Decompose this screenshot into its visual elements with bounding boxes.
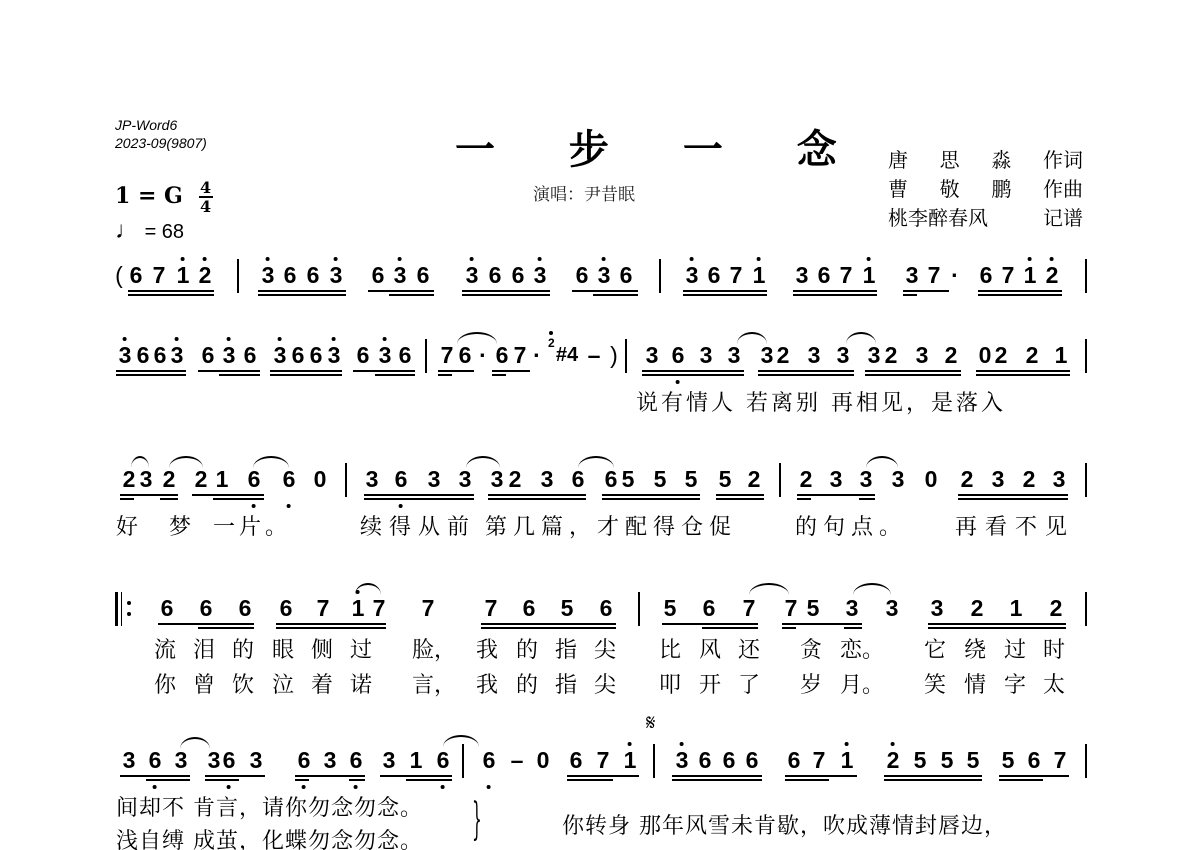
- note: 6: [372, 262, 385, 288]
- note: 6: [202, 342, 215, 368]
- credit-char: 唐: [888, 146, 908, 175]
- note: 3: [466, 262, 479, 288]
- credit-char: 敬: [940, 175, 960, 204]
- tie: [853, 583, 891, 595]
- lyrics-line: 的句点。: [795, 510, 907, 541]
- lyric-char: 过: [1004, 633, 1026, 664]
- note: 1: [177, 262, 190, 288]
- note: 6: [489, 262, 502, 288]
- note: 7: [441, 342, 454, 368]
- note: 3: [262, 262, 275, 288]
- note: 1: [624, 747, 637, 773]
- lyrics-verse-2: 浅自缚 成茧，化蝶勿念勿念。: [116, 824, 423, 850]
- version-label: 2023-09(9807): [115, 135, 207, 152]
- note: 7: [1002, 262, 1015, 288]
- lyric-char: 过: [350, 633, 372, 664]
- barline: [653, 744, 655, 778]
- credit-role: 作曲: [1043, 175, 1083, 204]
- dot: ·: [951, 262, 959, 288]
- note: 6: [161, 595, 174, 621]
- note: 6: [137, 342, 150, 368]
- lyric-char: 了: [738, 668, 760, 699]
- note: 0: [314, 466, 327, 492]
- note: 3: [208, 747, 221, 773]
- note: 3: [250, 747, 263, 773]
- segno-icon: 𝄋: [646, 711, 655, 736]
- note: 7: [422, 595, 435, 621]
- credit-role: 作词: [1043, 146, 1083, 175]
- note: 6: [703, 595, 716, 621]
- note: 2: [995, 342, 1008, 368]
- note: 6: [723, 747, 736, 773]
- note: 2: [195, 466, 208, 492]
- note: 3: [906, 262, 919, 288]
- key-signature: 1 = G 4 4: [115, 180, 213, 214]
- note: 3: [837, 342, 850, 368]
- note: 6: [523, 595, 536, 621]
- note: 2: [199, 262, 212, 288]
- lyric-char: 眼: [272, 633, 294, 664]
- note: 6: [244, 342, 257, 368]
- lyric-char: 贪: [800, 633, 822, 664]
- dot: ·: [533, 342, 541, 368]
- repeat-start-thick: [115, 592, 118, 626]
- note: 3: [598, 262, 611, 288]
- note: 6: [818, 262, 831, 288]
- lyric-char: 恋。: [840, 633, 884, 664]
- song-title: 一 步 一 念: [455, 118, 867, 175]
- lyric-char: 尖: [594, 633, 616, 664]
- note: 7: [730, 262, 743, 288]
- note: 3: [534, 262, 547, 288]
- note: 2: [777, 342, 790, 368]
- note: 3: [428, 466, 441, 492]
- note: 3: [646, 342, 659, 368]
- note: 3: [366, 466, 379, 492]
- note: 3: [676, 747, 689, 773]
- note: 2: [509, 466, 522, 492]
- barline: [625, 339, 627, 373]
- lyric-char: 诺: [350, 668, 372, 699]
- credit-char: 思: [940, 146, 960, 175]
- note: 5: [719, 466, 732, 492]
- note: 6: [746, 747, 759, 773]
- lyric-char: 你: [154, 668, 176, 699]
- lyrics-line: 说有情人 若离别 再相见，是落入: [636, 386, 1006, 417]
- note: 7: [785, 595, 798, 621]
- lyric-char: 侧: [311, 633, 333, 664]
- note: 3: [379, 342, 392, 368]
- lyric-char: 风: [699, 633, 721, 664]
- note: 6: [223, 747, 236, 773]
- barline: [345, 463, 347, 497]
- key-label: 1 = G: [115, 183, 183, 209]
- note: 7: [317, 595, 330, 621]
- note: 2: [945, 342, 958, 368]
- note: 3: [324, 747, 337, 773]
- lyric-char: 还: [738, 633, 760, 664]
- note: 6: [1028, 747, 1041, 773]
- note: 6: [600, 595, 613, 621]
- note: 6: [708, 262, 721, 288]
- note: 5: [967, 747, 980, 773]
- lyric-char: 我: [476, 633, 498, 664]
- note: 7: [743, 595, 756, 621]
- composer-credit: 曹 敬 鹏 作曲: [888, 175, 1083, 204]
- note: 3: [846, 595, 859, 621]
- lyric-char: 的: [516, 668, 538, 699]
- note: 6: [350, 747, 363, 773]
- note: 6: [283, 466, 296, 492]
- repeat-start-thin: [121, 592, 122, 626]
- note: 6: [570, 747, 583, 773]
- lyric-char: 比: [659, 633, 681, 664]
- note: 6: [437, 747, 450, 773]
- sharp-four-label: #4: [556, 344, 578, 366]
- note: 7: [928, 262, 941, 288]
- note: 6: [149, 747, 162, 773]
- open-paren: (: [115, 262, 123, 288]
- close-paren: ): [610, 342, 618, 368]
- lyrics-line: 好 梦: [116, 510, 203, 541]
- slur: [457, 332, 497, 344]
- note: 3: [992, 466, 1005, 492]
- lyric-char: 指: [555, 668, 577, 699]
- credit-char: 淼: [991, 146, 1011, 175]
- note: 7: [153, 262, 166, 288]
- note: 6: [154, 342, 167, 368]
- barline: [1085, 592, 1087, 626]
- note: 5: [914, 747, 927, 773]
- note: 2: [961, 466, 974, 492]
- note: 6: [280, 595, 293, 621]
- lyrics-verse-1: 间却不 肯言，请你勿念勿念。: [116, 791, 423, 822]
- note: 7: [485, 595, 498, 621]
- note: 3: [140, 466, 153, 492]
- lyric-char: 着: [311, 668, 333, 699]
- note: 3: [328, 342, 341, 368]
- lyrics-line: 第几篇，才配得仓促: [485, 510, 737, 541]
- barline: [1085, 744, 1087, 778]
- note: 2: [1050, 595, 1063, 621]
- lyric-char: 叩: [659, 668, 681, 699]
- note: 3: [459, 466, 472, 492]
- note: 3: [171, 342, 184, 368]
- note: 3: [119, 342, 132, 368]
- lyric-char: 流: [154, 633, 176, 664]
- note: 6: [672, 342, 685, 368]
- credit-role: 记谱: [1043, 204, 1083, 233]
- note: 3: [796, 262, 809, 288]
- tie: [180, 737, 210, 749]
- note: 6: [292, 342, 305, 368]
- barline: [1085, 339, 1087, 373]
- lyric-char: 泪: [193, 633, 215, 664]
- lyric-char: 岁: [800, 668, 822, 699]
- barline: [1085, 463, 1087, 497]
- time-sig-bottom: 4: [200, 199, 211, 214]
- tie: [749, 583, 789, 595]
- note: 3: [1053, 466, 1066, 492]
- note: 1: [1010, 595, 1023, 621]
- sharp-four-note: #4: [556, 342, 578, 368]
- note: 6: [496, 342, 509, 368]
- note: 3: [383, 747, 396, 773]
- lyric-char: 曾: [193, 668, 215, 699]
- note: 6: [605, 466, 618, 492]
- note: 6: [483, 747, 496, 773]
- note: 6: [399, 342, 412, 368]
- note: 3: [700, 342, 713, 368]
- note: 3: [761, 342, 774, 368]
- lyrics-line: 续得从前: [360, 510, 476, 541]
- note: 3: [728, 342, 741, 368]
- note: 2: [1026, 342, 1039, 368]
- tie: [443, 735, 479, 747]
- note: 3: [123, 747, 136, 773]
- note: 0: [925, 466, 938, 492]
- quarter-note-icon: ♩: [115, 217, 139, 244]
- lyric-char: 字: [1004, 668, 1026, 699]
- note: 3: [175, 747, 188, 773]
- note: 1: [753, 262, 766, 288]
- tempo-value: = 68: [145, 221, 184, 243]
- lyric-char: 指: [555, 633, 577, 664]
- note: 5: [685, 466, 698, 492]
- lyricist-credit: 唐 思 淼 作词: [888, 146, 1083, 175]
- lyric-char: 尖: [594, 668, 616, 699]
- note: 1: [352, 595, 365, 621]
- note: 6: [980, 262, 993, 288]
- note: 6: [239, 595, 252, 621]
- note: 3: [330, 262, 343, 288]
- note: 5: [561, 595, 574, 621]
- lyric-char: 言，: [412, 668, 456, 699]
- note: 6: [620, 262, 633, 288]
- note: 0: [979, 342, 992, 368]
- note: 3: [808, 342, 821, 368]
- note: 0: [537, 747, 550, 773]
- note: 6: [307, 262, 320, 288]
- lyric-char: 开: [699, 668, 721, 699]
- note: 3: [686, 262, 699, 288]
- note: 6: [572, 466, 585, 492]
- credits-block: 唐 思 淼 作词 曹 敬 鹏 作曲 桃李醉春风 记谱: [888, 146, 1083, 233]
- note: 2: [1023, 466, 1036, 492]
- note: 5: [807, 595, 820, 621]
- note: 3: [886, 595, 899, 621]
- lyric-char: 情: [964, 668, 986, 699]
- note: 3: [491, 466, 504, 492]
- note: 6: [699, 747, 712, 773]
- lyric-char: 的: [232, 633, 254, 664]
- lyric-char: 我: [476, 668, 498, 699]
- note: 6: [788, 747, 801, 773]
- note: 6: [310, 342, 323, 368]
- dash: –: [588, 342, 601, 368]
- note: 6: [298, 747, 311, 773]
- note: 1: [1055, 342, 1068, 368]
- note: 7: [813, 747, 826, 773]
- note: 3: [868, 342, 881, 368]
- note: 1: [216, 466, 229, 492]
- note: 3: [223, 342, 236, 368]
- note: 1: [1024, 262, 1037, 288]
- time-signature: 4 4: [199, 180, 213, 214]
- barline: [462, 744, 464, 778]
- note: 7: [597, 747, 610, 773]
- note: 2: [748, 466, 761, 492]
- note: 1: [841, 747, 854, 773]
- note: 3: [274, 342, 287, 368]
- lyrics-line: 再看不见: [955, 510, 1075, 541]
- lyrics-chorus: 你转身 那年风雪未肯歇，吹成薄情封唇边，: [562, 809, 1007, 840]
- note: 6: [200, 595, 213, 621]
- software-label: JP-Word6: [115, 117, 177, 134]
- lyric-char: 笑: [924, 668, 946, 699]
- credit-char: 桃李醉春风: [888, 204, 988, 233]
- note: 5: [622, 466, 635, 492]
- note: 1: [863, 262, 876, 288]
- repeat-dot: [127, 601, 131, 605]
- grace-note: 2: [548, 336, 555, 350]
- note: 7: [840, 262, 853, 288]
- note: 2: [1046, 262, 1059, 288]
- note: 2: [800, 466, 813, 492]
- lyric-char: 绕: [964, 633, 986, 664]
- credit-char: 曹: [888, 175, 908, 204]
- note: 2: [885, 342, 898, 368]
- lyrics-line: 一片。: [213, 510, 291, 541]
- note: 3: [931, 595, 944, 621]
- note: 3: [394, 262, 407, 288]
- brace: }: [472, 791, 482, 849]
- note: 6: [284, 262, 297, 288]
- note: 3: [541, 466, 554, 492]
- note: 5: [664, 595, 677, 621]
- note: 6: [417, 262, 430, 288]
- note: 6: [576, 262, 589, 288]
- lyric-char: 时: [1043, 633, 1065, 664]
- barline: [779, 463, 781, 497]
- barline: [425, 339, 427, 373]
- barline: [638, 592, 640, 626]
- note: 3: [860, 466, 873, 492]
- repeat-dot: [127, 612, 131, 616]
- note: 7: [1054, 747, 1067, 773]
- lyric-char: 脸，: [412, 633, 456, 664]
- note: 5: [654, 466, 667, 492]
- lyric-char: 它: [924, 633, 946, 664]
- lyric-char: 饮: [232, 668, 254, 699]
- note: 2: [123, 466, 136, 492]
- barline: [1085, 259, 1087, 293]
- slur: [355, 583, 381, 595]
- note: 6: [357, 342, 370, 368]
- note: 3: [830, 466, 843, 492]
- lyric-char: 泣: [272, 668, 294, 699]
- note: 6: [459, 342, 472, 368]
- dash: –: [511, 747, 524, 773]
- credit-char: 鹏: [991, 175, 1011, 204]
- barline: [237, 259, 239, 293]
- tempo-marking: ♩ = 68: [115, 217, 184, 245]
- lyric-char: 的: [516, 633, 538, 664]
- time-sig-top: 4: [200, 180, 211, 195]
- note: 2: [971, 595, 984, 621]
- note: 2: [163, 466, 176, 492]
- note: 6: [248, 466, 261, 492]
- transcriber-credit: 桃李醉春风 记谱: [888, 204, 1083, 233]
- lyric-char: 月。: [840, 668, 884, 699]
- note: 6: [512, 262, 525, 288]
- dot: ·: [479, 342, 487, 368]
- barline: [659, 259, 661, 293]
- note: 7: [514, 342, 527, 368]
- note: 6: [130, 262, 143, 288]
- lyric-char: 太: [1043, 668, 1065, 699]
- note: 3: [892, 466, 905, 492]
- note: 2: [887, 747, 900, 773]
- note: 5: [1002, 747, 1015, 773]
- note: 7: [373, 595, 386, 621]
- singer-credit: 演唱：尹昔眠: [533, 180, 635, 205]
- note: 3: [916, 342, 929, 368]
- note: 1: [410, 747, 423, 773]
- note: 5: [941, 747, 954, 773]
- slur: [131, 456, 149, 468]
- note: 6: [395, 466, 408, 492]
